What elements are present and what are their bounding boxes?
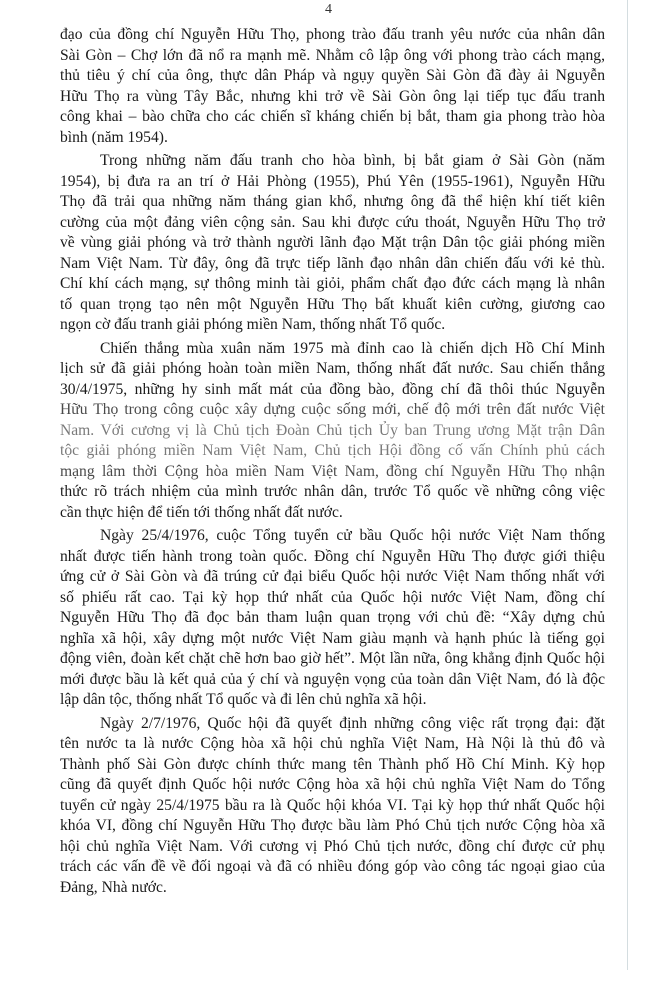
text-line: Nam Việt Nam. Từ đây, ông đã trực tiếp l… <box>60 254 605 275</box>
document-body: đạo của đồng chí Nguyễn Hữu Thọ, phong t… <box>60 25 605 898</box>
text-line: Nguyễn Hữu Thọ đã đọc bản tham luận quan… <box>60 608 605 629</box>
text-line: Hữu Thọ ra vùng Tây Bắc, nhưng khi trở v… <box>60 87 605 108</box>
text-line: thức rõ trách nhiệm của mình trước nhân … <box>60 482 605 503</box>
page-edge-rule <box>627 0 628 970</box>
text-line: nghĩa xã hội, xây dựng một nước Việt Nam… <box>60 629 605 650</box>
text-line: Sài Gòn – Chợ lớn đã nổ ra mạnh mẽ. Nhằm… <box>60 46 605 67</box>
text-line: tuyển cử ngày 25/4/1975 bầu ra là Quốc h… <box>60 796 605 817</box>
text-line: 30/4/1975, những hy sinh mất mát của đồn… <box>60 380 605 401</box>
text-line: đạo của đồng chí Nguyễn Hữu Thọ, phong t… <box>60 25 605 46</box>
text-line: Nam. Với cương vị là Chủ tịch Đoàn Chủ t… <box>60 421 605 442</box>
text-line: cường của một đảng viên cộng sản. Sau kh… <box>60 213 605 234</box>
paragraph-2: Trong những năm đấu tranh cho hòa bình, … <box>60 151 605 336</box>
text-line: tên nước ta là nước Cộng hòa xã hội chủ … <box>60 734 605 755</box>
text-line: Chí khí cách mạng, sự thông minh tài giỏ… <box>60 274 605 295</box>
text-line: công khai – bào chữa cho các chiến sĩ kh… <box>60 107 605 128</box>
text-line: cần thực hiện để tiến tới thống nhất đất… <box>60 503 605 524</box>
paragraph-3: Chiến thắng mùa xuân năm 1975 mà đỉnh ca… <box>60 339 605 524</box>
text-line: về vùng giải phóng và trở thành người lã… <box>60 233 605 254</box>
text-line: Chiến thắng mùa xuân năm 1975 mà đỉnh ca… <box>60 339 605 360</box>
text-line: tố quan trọng tạo nên một Nguyễn Hữu Thọ… <box>60 295 605 316</box>
page-number: 4 <box>0 2 657 18</box>
text-line: hội chủ nghĩa Việt Nam. Với cương vị Phó… <box>60 837 605 858</box>
text-line: số phiếu rất cao. Tại kỳ họp thứ nhất củ… <box>60 588 605 609</box>
text-line: lịch sử đã giải phóng hoàn toàn miền Nam… <box>60 359 605 380</box>
paragraph-1: đạo của đồng chí Nguyễn Hữu Thọ, phong t… <box>60 25 605 148</box>
text-line: thủ tiêu ý chí của ông, thực dân Pháp và… <box>60 66 605 87</box>
text-line: tộc giải phóng miền Nam Việt Nam, Chủ tị… <box>60 441 605 462</box>
text-line: cũng đã quyết định Quốc hội nước Cộng hò… <box>60 775 605 796</box>
text-line: lập dân tộc, thống nhất Tổ quốc và đi lê… <box>60 690 605 711</box>
text-line: Trong những năm đấu tranh cho hòa bình, … <box>60 151 605 172</box>
text-line: Thọ đã trải qua những năm tháng gian khổ… <box>60 192 605 213</box>
text-line: khóa VI, đồng chí Nguyễn Hữu Thọ được bầ… <box>60 816 605 837</box>
text-line: Ngày 25/4/1976, cuộc Tổng tuyển cử bầu Q… <box>60 526 605 547</box>
text-line: Đảng, Nhà nước. <box>60 878 605 899</box>
text-line: mạng lâm thời Cộng hòa miền Nam Việt Nam… <box>60 462 605 483</box>
text-line: ứng cử ở Sài Gòn và đã trúng cử đại biểu… <box>60 567 605 588</box>
text-line: Ngày 2/7/1976, Quốc hội đã quyết định nh… <box>60 714 605 735</box>
text-line: Thành phố Sài Gòn được chính thức mang t… <box>60 755 605 776</box>
text-line: trách các vấn đề về đối ngoại và đã có n… <box>60 857 605 878</box>
text-line: động viên, đoàn kết chặt chẽ hơn bao giờ… <box>60 649 605 670</box>
paragraph-5: Ngày 2/7/1976, Quốc hội đã quyết định nh… <box>60 714 605 899</box>
text-line: Hữu Thọ trong công cuộc xây dựng cuộc số… <box>60 400 605 421</box>
text-line: ngọn cờ đấu tranh giải phóng miền Nam, t… <box>60 315 605 336</box>
text-line: mới được bầu là kết quả của ý chí và ngu… <box>60 670 605 691</box>
text-line: bình (năm 1954). <box>60 128 605 149</box>
paragraph-4: Ngày 25/4/1976, cuộc Tổng tuyển cử bầu Q… <box>60 526 605 711</box>
text-line: 1954), bị đưa ra an trí ở Hải Phòng (195… <box>60 172 605 193</box>
text-line: nhất được tiến hành trong toàn quốc. Đồn… <box>60 547 605 568</box>
